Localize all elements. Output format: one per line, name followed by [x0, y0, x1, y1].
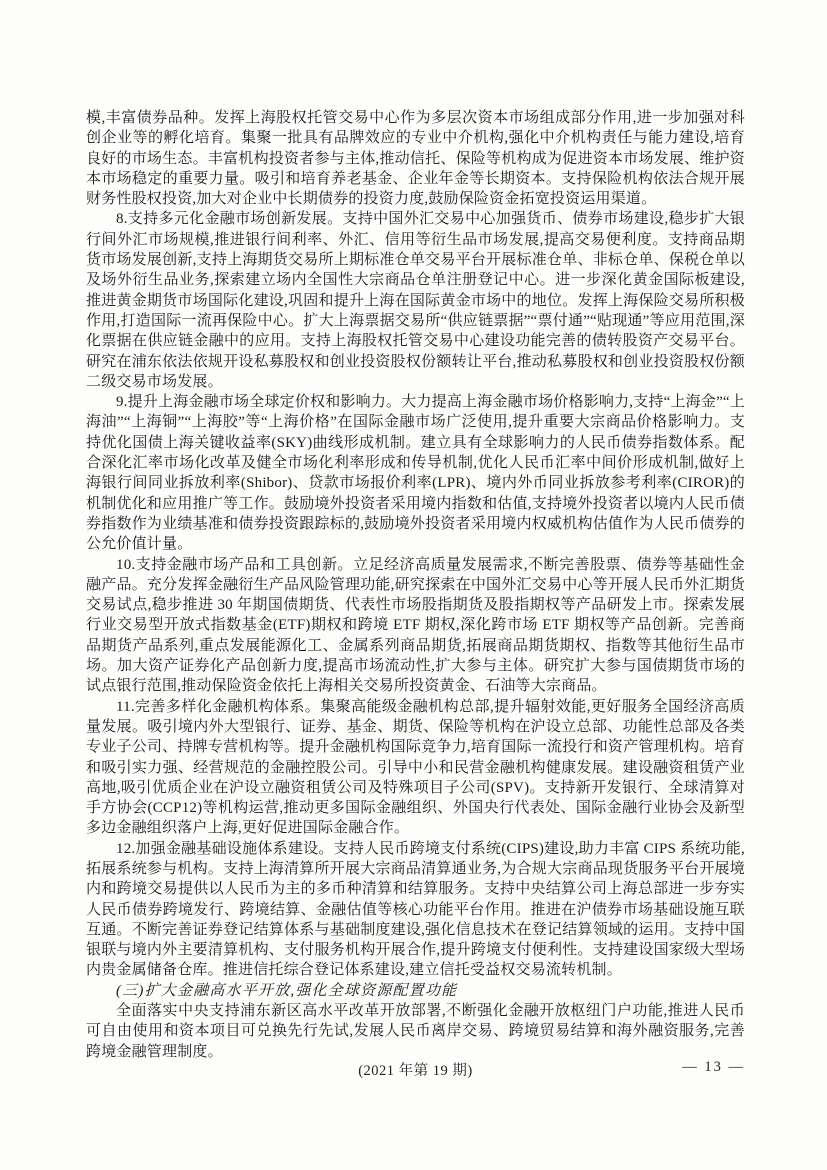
- paragraph-item-12: 12.加强金融基础设施体系建设。支持人民币跨境支付系统(CIPS)建设,助力丰富…: [86, 839, 745, 981]
- section-heading: (三)扩大金融高水平开放,强化全球资源配置功能: [86, 981, 745, 1001]
- paragraph-item-8: 8.支持多元化金融市场创新发展。支持中国外汇交易中心加强货币、债券市场建设,稳步…: [86, 209, 745, 392]
- page-footer: (2021 年第 19 期) — 13 —: [86, 1059, 745, 1081]
- paragraph-continuation: 模,丰富债券品种。发挥上海股权托管交易中心作为多层次资本市场组成部分作用,进一步…: [86, 108, 745, 209]
- paragraph-item-9: 9.提升上海金融市场全球定价权和影响力。大力提高上海金融市场价格影响力,支持“上…: [86, 392, 745, 554]
- document-body: 模,丰富债券品种。发挥上海股权托管交易中心作为多层次资本市场组成部分作用,进一步…: [86, 108, 745, 1062]
- paragraph-item-11: 11.完善多样化金融机构体系。集聚高能级金融机构总部,提升辐射效能,更好服务全国…: [86, 697, 745, 839]
- document-page: 模,丰富债券品种。发挥上海股权托管交易中心作为多层次资本市场组成部分作用,进一步…: [0, 0, 827, 1170]
- page-number: — 13 —: [682, 1059, 745, 1076]
- issue-label: (2021 年第 19 期): [358, 1059, 473, 1080]
- paragraph-item-10: 10.支持金融市场产品和工具创新。立足经济高质量发展需求,不断完善股票、债券等基…: [86, 555, 745, 697]
- paragraph-section-intro: 全面落实中央支持浦东新区高水平改革开放部署,不断强化金融开放枢纽门户功能,推进人…: [86, 1001, 745, 1062]
